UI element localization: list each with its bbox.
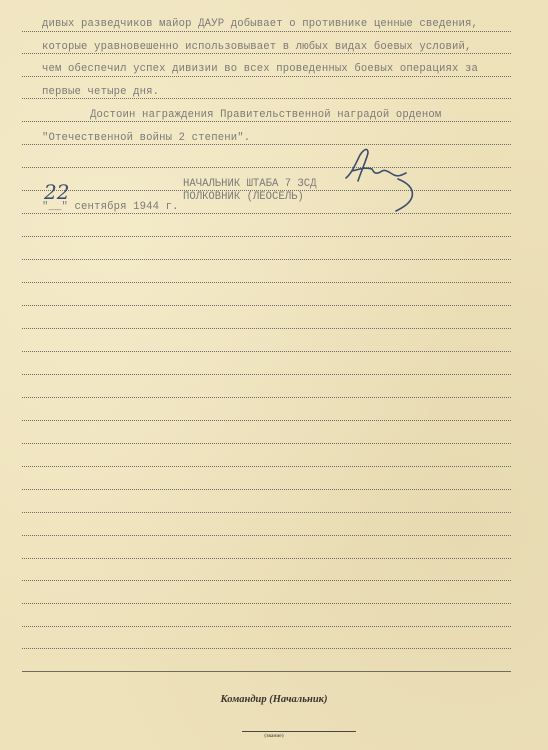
body-line: дивых разведчиков майор ДАУР добывает о … [42,18,478,30]
ruled-line [22,558,511,559]
ruled-line [22,420,511,421]
ruled-line [22,121,511,122]
ruled-line [22,213,511,214]
recommendation-line: Достоин награждения Правительственной на… [90,109,441,121]
document-page: дивых разведчиков майор ДАУР добывает о … [0,0,548,750]
ruled-line [22,328,511,329]
ruled-line [22,259,511,260]
body-line: чем обеспечил успех дивизии во всех пров… [42,63,478,75]
ruled-line [22,282,511,283]
ruled-line [22,512,511,513]
date-line: "__" сентября 1944 г. [42,201,179,213]
ruled-line [22,351,511,352]
ruled-line [22,648,511,649]
ruled-line [22,603,511,604]
ruled-line [22,535,511,536]
ruled-line [22,466,511,467]
ruled-line [22,31,511,32]
ruled-line [22,580,511,581]
recommendation-line: "Отечественной войны 2 степени". [42,132,250,144]
signatory-rank-name: ПОЛКОВНИК (ЛЕОСЕЛЬ) [183,191,304,203]
ruled-line [22,397,511,398]
footer-title: Командир (Начальник) [0,694,548,705]
ruled-line [22,76,511,77]
body-line: которые уравновешенно использовывает в л… [42,41,471,53]
footer-signature-line [242,731,356,732]
ruled-line [22,305,511,306]
signatory-position: НАЧАЛЬНИК ШТАБА 7 ЗСД [183,178,317,190]
ruled-line [22,671,511,672]
ruled-line [22,98,511,99]
body-line: первые четыре дня. [42,86,159,98]
ruled-line [22,53,511,54]
ruled-line [22,144,511,145]
footer-caption: (звание) [0,733,548,739]
signature-scribble-icon [338,145,428,220]
ruled-line [22,374,511,375]
ruled-line [22,443,511,444]
ruled-line [22,489,511,490]
ruled-line [22,167,511,168]
ruled-line [22,236,511,237]
ruled-line [22,626,511,627]
